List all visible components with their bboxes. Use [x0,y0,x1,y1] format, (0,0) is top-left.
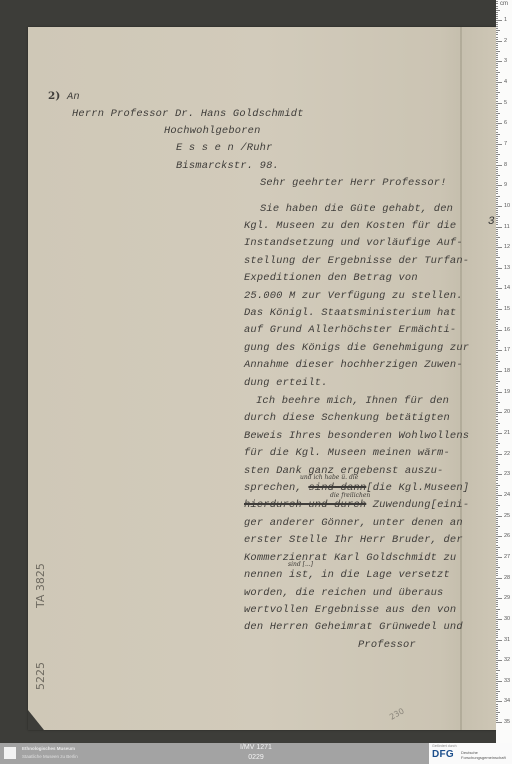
ruler-minor-tick [496,489,498,490]
ruler-minor-tick [496,625,498,626]
ruler-tick [496,660,502,661]
ruler-minor-tick [496,679,498,680]
ruler-minor-tick [496,245,498,246]
ruler-minor-tick [496,299,500,300]
body-line: nennen ist, in die Lage versetzt [244,569,450,581]
ruler-minor-tick [496,45,498,46]
ruler-tick [496,350,502,351]
ruler-minor-tick [496,224,498,225]
ruler-minor-tick [496,280,498,281]
body-line: Beweis Ihres besonderen Wohlwollens [244,430,469,442]
ruler-minor-tick [496,37,498,38]
ruler-minor-tick [496,683,498,684]
ruler-minor-tick [496,664,498,665]
ruler-minor-tick [496,231,498,232]
ruler-minor-tick [496,677,498,678]
ruler-minor-tick [496,313,498,314]
body-line: erster Stelle Ihr Herr Bruder, der [244,534,463,546]
ruler-minor-tick [496,408,498,409]
body-line: Kommerzienrat Karl Goldschmidt zu [244,552,456,564]
ruler-minor-tick [496,710,498,711]
margin-note-number: 5225 [34,662,47,690]
ruler-minor-tick [496,633,498,634]
struck-text: hierdurch und durch [244,499,366,511]
ruler-minor-tick [496,55,498,56]
ruler-minor-tick [496,611,498,612]
ruler-tick [496,227,502,228]
ruler-minor-tick [496,675,498,676]
ruler-unit: cm [500,1,508,7]
ruler-minor-tick [496,604,498,605]
ruler-minor-tick [496,80,498,81]
ruler-tick [496,701,502,702]
ruler-tick [496,61,502,62]
ruler-minor-tick [496,456,498,457]
ruler-tick [496,185,502,186]
ruler-minor-tick [496,173,498,174]
ruler-tick-label: 31 [504,637,510,643]
ruler-minor-tick [496,547,500,548]
ruler-minor-tick [496,518,498,519]
ruler-minor-tick [496,272,498,273]
ruler-minor-tick [496,51,500,52]
ruler-minor-tick [496,278,500,279]
body-line: 25.000 M zur Verfügung zu stellen. [244,290,463,302]
ruler-minor-tick [496,284,498,285]
ruler-minor-tick [496,431,498,432]
ruler-minor-tick [496,202,498,203]
ruler-minor-tick [496,222,498,223]
ruler-minor-tick [496,28,498,29]
ruler-minor-tick [496,491,498,492]
ruler-tick-label: 10 [504,203,510,209]
ruler-tick [496,433,502,434]
ruler-minor-tick [496,545,498,546]
ruler-minor-tick [496,398,498,399]
body-line: Annahme dieser hochherzigen Zuwen- [244,359,463,371]
ruler-minor-tick [496,648,498,649]
ruler-minor-tick [496,305,498,306]
ruler-minor-tick [496,257,500,258]
ruler-minor-tick [496,251,498,252]
ruler-minor-tick [496,98,498,99]
ruler-minor-tick [496,210,498,211]
ruler-minor-tick [496,338,498,339]
ruler-minor-tick [496,187,498,188]
ruler-minor-tick [496,262,498,263]
body-line: Professor [358,639,416,651]
ruler-minor-tick [496,555,498,556]
ruler-minor-tick [496,404,498,405]
ruler-minor-tick [496,214,498,215]
ruler-minor-tick [496,538,498,539]
ruler-minor-tick [496,580,498,581]
ruler-minor-tick [496,179,498,180]
ruler-minor-tick [496,359,498,360]
ruler-minor-tick [496,253,498,254]
ruler-minor-tick [496,86,498,87]
ruler-minor-tick [496,255,498,256]
ruler-minor-tick [496,540,498,541]
ruler-tick-label: 23 [504,471,510,477]
ruler-minor-tick [496,311,498,312]
ruler-minor-tick [496,198,498,199]
ruler-tick-label: 12 [504,244,510,250]
body-line: gung des Königs die Genehmigung zur [244,342,469,354]
ruler-tick [496,495,502,496]
ruler-minor-tick [496,324,498,325]
ruler-minor-tick [496,567,500,568]
ruler-minor-tick [496,514,498,515]
ruler-tick-label: 6 [504,120,507,126]
ruler-minor-tick [496,656,498,657]
ruler-minor-tick [496,162,498,163]
ruler-tick-label: 30 [504,616,510,622]
body-line: durch diese Schenkung betätigten [244,412,450,424]
ruler-minor-tick [496,429,498,430]
ruler-minor-tick [496,549,498,550]
ruler-minor-tick [496,16,498,17]
ruler-minor-tick [496,18,498,19]
ruler-tick-label: 16 [504,327,510,333]
body-line: Sie haben die Güte gehabt, den [260,203,453,215]
ruler-minor-tick [496,691,500,692]
viewer-footer: Ethnologisches Museum Staatliche Museen … [0,743,512,764]
ruler-minor-tick [496,266,498,267]
ruler-minor-tick [496,501,498,502]
ruler-minor-tick [496,687,498,688]
ruler-minor-tick [496,573,498,574]
ruler-minor-tick [496,662,498,663]
ruler-tick [496,144,502,145]
ruler-minor-tick [496,637,498,638]
ruler-minor-tick [496,708,498,709]
body-line: worden, die reichen und überaus [244,587,444,599]
body-line: ger anderer Gönner, unter denen an [244,517,463,529]
ruler-minor-tick [496,84,498,85]
ruler-minor-tick [496,472,498,473]
ruler-minor-tick [496,332,498,333]
ruler-minor-tick [496,447,498,448]
ruler-minor-tick [496,218,498,219]
body-line: Ich beehre mich, Ihnen für den [256,395,449,407]
ruler-minor-tick [496,646,498,647]
ruler-minor-tick [496,365,498,366]
ruler-minor-tick [496,32,498,33]
ruler-tick-label: 29 [504,595,510,601]
ruler-minor-tick [496,14,498,15]
ruler-minor-tick [496,276,498,277]
ruler-minor-tick [496,295,498,296]
ruler-minor-tick [496,150,498,151]
ruler-minor-tick [496,571,498,572]
ruler-tick-label: 18 [504,368,510,374]
ruler-minor-tick [496,183,498,184]
ruler-minor-tick [496,377,498,378]
ruler-minor-tick [496,229,498,230]
body-line: auf Grund Allerhöchster Ermächti- [244,324,456,336]
ruler-minor-tick [496,462,498,463]
ruler-minor-tick [496,12,498,13]
ruler-minor-tick [496,590,498,591]
ruler-minor-tick [496,291,498,292]
ruler-minor-tick [496,148,498,149]
ruler-minor-tick [496,177,498,178]
ruler-minor-tick [496,485,500,486]
ruler-minor-tick [496,3,498,4]
ruler-minor-tick [496,10,500,11]
ruler-tick-label: 11 [504,224,510,230]
ruler-minor-tick [496,65,498,66]
ruler-minor-tick [496,592,498,593]
ruler-minor-tick [496,171,498,172]
ruler-minor-tick [496,138,498,139]
ruler-minor-tick [496,503,498,504]
ruler-minor-tick [496,388,498,389]
body-line: Kgl. Museen zu den Kosten für die [244,220,456,232]
ruler-tick-label: 9 [504,182,507,188]
ruler-minor-tick [496,483,498,484]
ruler-minor-tick [496,396,498,397]
ruler-minor-tick [496,235,498,236]
ruler-minor-tick [496,575,498,576]
ruler-minor-tick [496,293,498,294]
margin-note-inventory: TA 3825 [34,563,47,608]
ruler-minor-tick [496,94,498,95]
ruler-minor-tick [496,458,498,459]
ruler-minor-tick [496,615,498,616]
body-line: dung erteilt. [244,377,328,389]
ruler-minor-tick [496,125,498,126]
ruler-tick-label: 26 [504,533,510,539]
ruler-minor-tick [496,712,500,713]
ruler-minor-tick [496,132,498,133]
ruler-minor-tick [496,511,498,512]
ruler-minor-tick [496,146,498,147]
scale-ruler: cm 1234567891011121314151617181920212223… [496,0,512,743]
ruler-minor-tick [496,586,498,587]
ruler-minor-tick [496,239,498,240]
body-line: Das Königl. Staatsministerium hat [244,307,456,319]
ruler-minor-tick [496,216,500,217]
ruler-minor-tick [496,435,498,436]
ruler-minor-tick [496,152,498,153]
funded-by-label: Gefördert durch [432,744,457,748]
greeting: Sehr geehrter Herr Professor! [260,177,447,189]
ruler-tick [496,536,502,537]
ruler-tick-label: 19 [504,389,510,395]
ruler-minor-tick [496,629,500,630]
dfg-name-line2: Forschungsgemeinschaft [461,755,506,760]
ruler-tick [496,578,502,579]
ruler-minor-tick [496,315,498,316]
ruler-minor-tick [496,635,498,636]
ruler-minor-tick [496,507,498,508]
body-line: stellung der Ergebnisse der Turfan- [244,255,469,267]
ruler-minor-tick [496,156,498,157]
ruler-minor-tick [496,24,498,25]
ruler-minor-tick [496,443,500,444]
ruler-minor-tick [496,654,498,655]
ruler-minor-tick [496,673,498,674]
ruler-minor-tick [496,480,498,481]
ruler-minor-tick [496,26,498,27]
ruler-minor-tick [496,22,498,23]
ruler-minor-tick [496,117,498,118]
ruler-minor-tick [496,559,498,560]
ruler-minor-tick [496,621,498,622]
ruler-minor-tick [496,249,498,250]
ruler-minor-tick [496,34,498,35]
handwritten-insertion: die freilichen [330,492,370,499]
ruler-minor-tick [496,121,498,122]
ruler-minor-tick [496,115,498,116]
ruler-minor-tick [496,600,498,601]
ruler-tick [496,619,502,620]
ruler-minor-tick [496,326,498,327]
ruler-minor-tick [496,189,498,190]
ruler-minor-tick [496,30,500,31]
ruler-tick-label: 28 [504,575,510,581]
ruler-minor-tick [496,72,500,73]
ruler-tick-label: 25 [504,513,510,519]
ruler-minor-tick [496,76,498,77]
ruler-minor-tick [496,74,498,75]
ruler-tick [496,371,502,372]
ruler-minor-tick [496,348,498,349]
ruler-minor-tick [496,470,498,471]
ruler-tick-label: 27 [504,554,510,560]
ruler-tick [496,330,502,331]
body-line: den Herren Geheimrat Grünwedel und [244,621,463,633]
ruler-minor-tick [496,532,498,533]
ruler-minor-tick [496,297,498,298]
ruler-minor-tick [496,286,498,287]
ruler-tick-label: 20 [504,409,510,415]
ruler-tick [496,454,502,455]
body-line-corrected: hierdurch und durch Zuwendung[eini- [244,499,469,511]
body-line: für die Kgl. Museen meinen wärm- [244,447,450,459]
ruler-minor-tick [496,524,498,525]
ruler-minor-tick [496,386,498,387]
ruler-minor-tick [496,668,498,669]
ruler-minor-tick [496,452,498,453]
ruler-minor-tick [496,666,498,667]
ruler-minor-tick [496,644,498,645]
ruler-minor-tick [496,534,498,535]
handwritten-insertion: sind [...] [288,561,313,568]
ruler-minor-tick [496,321,498,322]
ruler-minor-tick [496,697,498,698]
ruler-minor-tick [496,695,498,696]
ruler-minor-tick [496,460,498,461]
ruler-tick [496,165,502,166]
ruler-minor-tick [496,493,498,494]
ruler-minor-tick [496,450,498,451]
ruler-minor-tick [496,594,498,595]
ruler-minor-tick [496,175,500,176]
ruler-tick-label: 21 [504,430,510,436]
ruler-minor-tick [496,718,498,719]
ruler-minor-tick [496,650,500,651]
ruler-minor-tick [496,381,500,382]
ruler-minor-tick [496,588,500,589]
ruler-minor-tick [496,167,498,168]
ruler-tick [496,123,502,124]
ruler-minor-tick [496,111,498,112]
ruler-minor-tick [496,154,500,155]
ruler-minor-tick [496,303,498,304]
ruler-minor-tick [496,569,498,570]
ruler-minor-tick [496,509,498,510]
ruler-minor-tick [496,1,498,2]
ruler-minor-tick [496,233,498,234]
ruler-tick-label: 14 [504,285,510,291]
ruler-minor-tick [496,105,498,106]
ruler-tick-label: 13 [504,265,510,271]
ruler-minor-tick [496,158,498,159]
body-text: [die Kgl.Museen] [366,482,469,494]
ruler-minor-tick [496,476,498,477]
ruler-tick-label: 2 [504,38,507,44]
ruler-minor-tick [496,282,498,283]
ruler-minor-tick [496,565,498,566]
ruler-minor-tick [496,134,500,135]
ruler-minor-tick [496,499,498,500]
dfg-name: Deutsche Forschungsgemeinschaft [461,750,506,760]
ruler-minor-tick [496,553,498,554]
ruler-minor-tick [496,101,498,102]
ruler-tick-label: 22 [504,451,510,457]
ruler-minor-tick [496,466,498,467]
handwritten-insertion: und ich habe ü. die [300,474,358,481]
ruler-minor-tick [496,127,498,128]
ruler-tick-label: 1 [504,17,507,23]
ruler-minor-tick [496,497,498,498]
ruler-minor-tick [496,67,498,68]
dfg-logo-icon: DFG [432,749,454,760]
ruler-minor-tick [496,270,498,271]
ruler-tick [496,247,502,248]
ruler-tick [496,640,502,641]
ruler-minor-tick [496,394,498,395]
ruler-minor-tick [496,414,498,415]
ruler-minor-tick [496,369,498,370]
ruler-tick [496,206,502,207]
ruler-minor-tick [496,136,498,137]
ruler-minor-tick [496,642,498,643]
ruler-minor-tick [496,70,498,71]
margin-note-right: 3 [488,216,495,228]
ruler-tick-label: 33 [504,678,510,684]
ruler-tick [496,392,502,393]
ruler-tick-label: 35 [504,719,510,725]
ruler-minor-tick [496,505,500,506]
address-line-4: Bismarckstr. 98. [176,160,279,172]
ruler-minor-tick [496,344,498,345]
ruler-minor-tick [496,437,498,438]
ruler-tick-label: 24 [504,492,510,498]
ruler-minor-tick [496,526,500,527]
body-line: Expeditionen den Betrag von [244,272,418,284]
ruler-minor-tick [496,609,500,610]
ruler-minor-tick [496,355,498,356]
ruler-tick-label: 32 [504,657,510,663]
ruler-minor-tick [496,613,498,614]
ruler-minor-tick [496,361,500,362]
ruler-minor-tick [496,237,500,238]
item-number: 2) [48,90,61,102]
